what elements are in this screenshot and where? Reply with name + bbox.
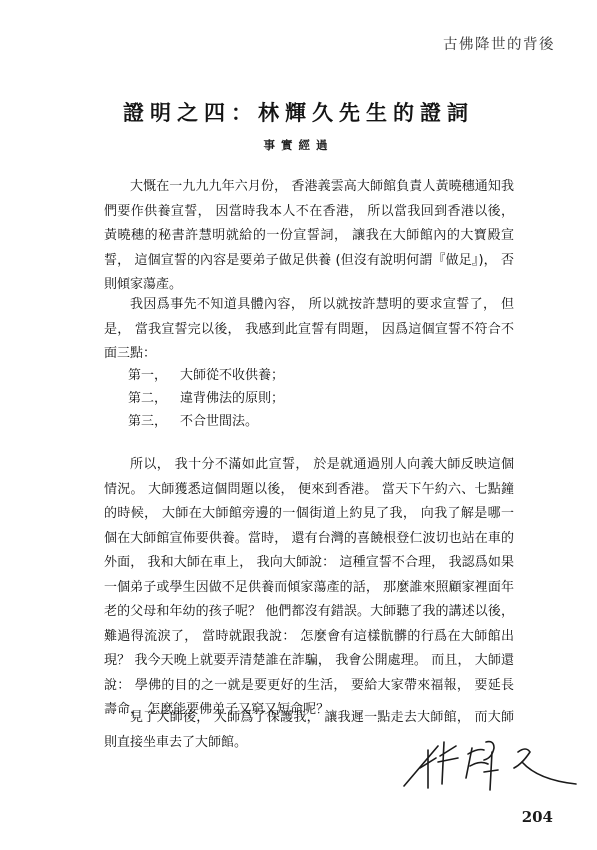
page-number: 204: [522, 808, 553, 826]
paragraph-1: 大慨在一九九九年六月份， 香港義雲高大師館負責人黃曉穗通知我們要作供養宣誓， 因…: [104, 175, 514, 298]
list-ordinal: 第二，: [128, 387, 180, 410]
section-heading: 事實經過: [0, 137, 597, 153]
page-title: 證明之四：林輝久先生的證詞: [0, 97, 597, 127]
list-text: 大師從不收供養；: [180, 368, 284, 383]
running-header: 古佛降世的背後: [443, 33, 555, 54]
list-text: 違背佛法的原則；: [180, 391, 284, 406]
list-item: 第二，違背佛法的原則；: [128, 387, 284, 410]
paragraph-3: 所以， 我十分不滿如此宣誓， 於是就通過別人向義大師反映這個情況。 大師獲悉這個…: [104, 453, 514, 723]
list-item: 第一，大師從不收供養；: [128, 364, 284, 387]
list-ordinal: 第一，: [128, 364, 180, 387]
paragraph-2: 我因爲事先不知道具體內容， 所以就按許慧明的要求宣誓了， 但是， 當我宣誓完以後…: [104, 293, 514, 367]
signature-icon: [398, 728, 578, 798]
list-item: 第三，不合世間法。: [128, 410, 284, 433]
points-list: 第一，大師從不收供養； 第二，違背佛法的原則； 第三，不合世間法。: [128, 364, 284, 433]
list-ordinal: 第三，: [128, 410, 180, 433]
list-text: 不合世間法。: [180, 414, 258, 429]
